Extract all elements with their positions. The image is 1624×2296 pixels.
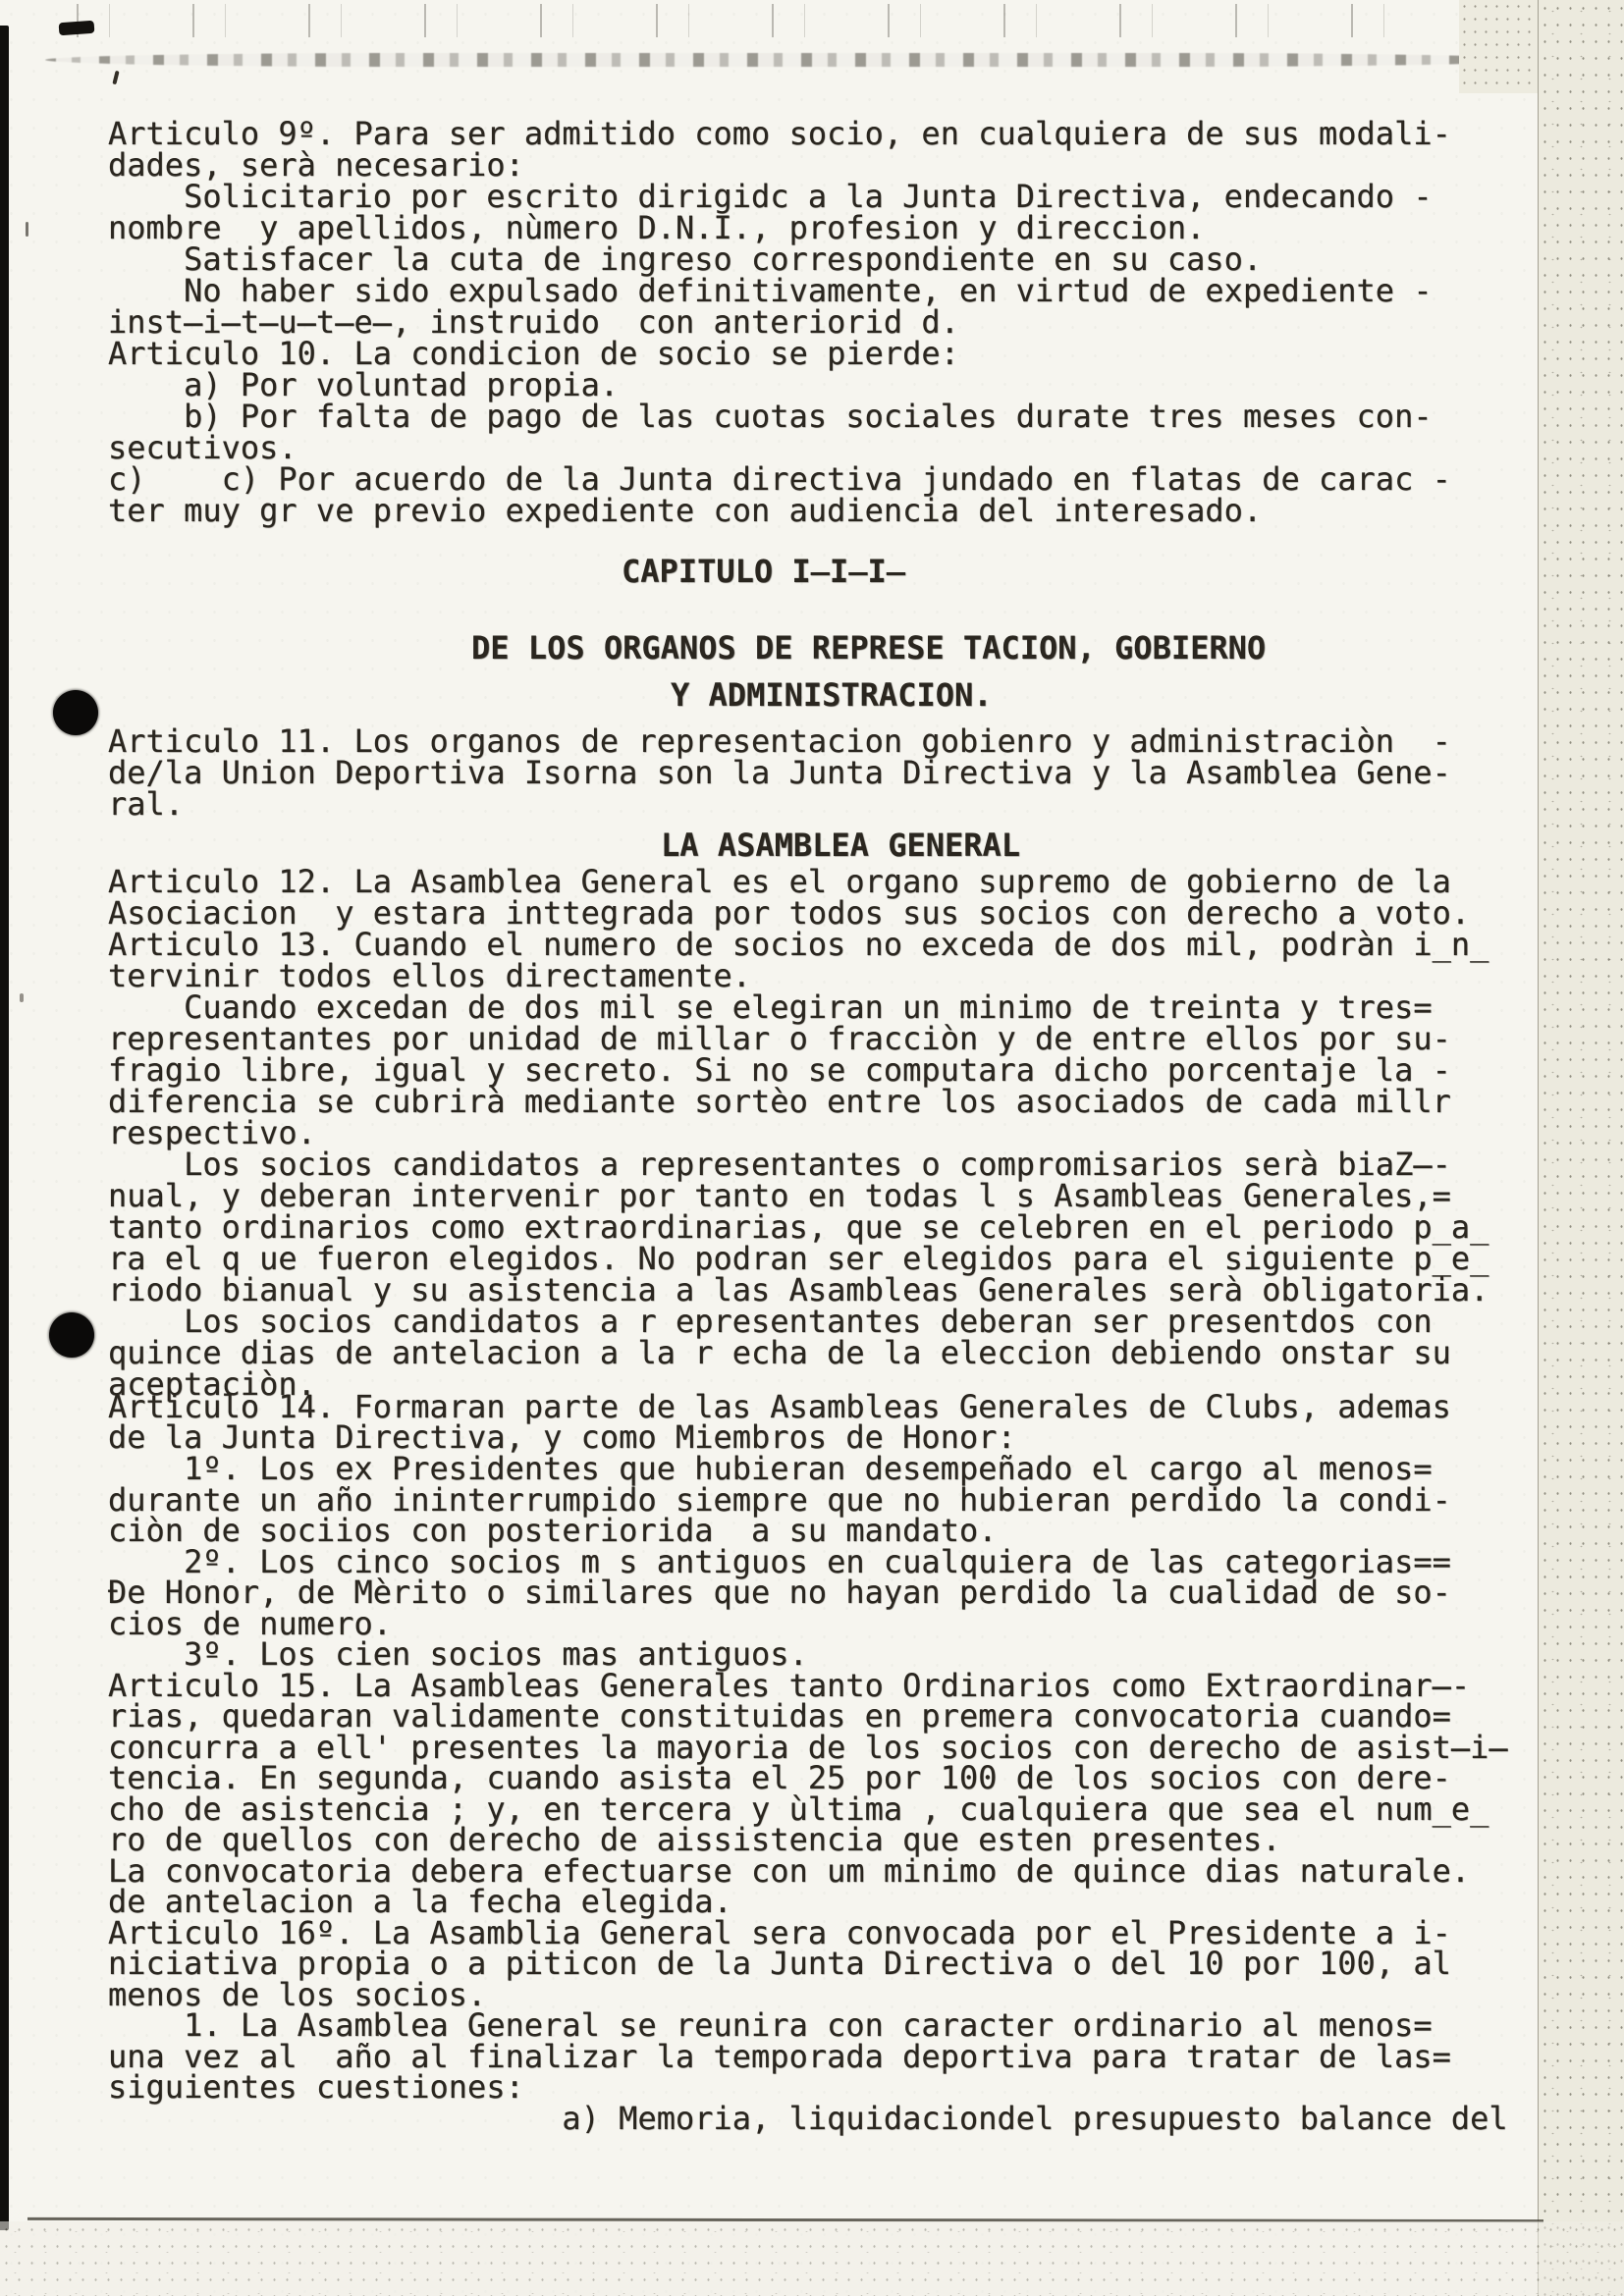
text-line-32: tanto ordinarios como extraordinarias, q… — [108, 1211, 1489, 1243]
text-line-52: ro de quellos con derecho de aissistenci… — [108, 1824, 1280, 1855]
scan-smudge-top-left — [59, 21, 95, 35]
text-line-25: Cuando excedan de dos mil se elegiran un… — [108, 991, 1433, 1023]
text-line-40: 1º. Los ex Presidentes que hubieran dese… — [108, 1453, 1433, 1484]
text-line-56: niciativa propia o a piticon de la Junta… — [108, 1948, 1451, 1979]
text-line-31: nual, y deberan intervenir por tanto en … — [108, 1180, 1451, 1211]
scan-noise-bottom — [0, 2221, 1624, 2296]
text-line-21: Articulo 12. La Asamblea General es el o… — [108, 866, 1451, 897]
text-line-4: nombre y apellidos, nùmero D.N.I., profe… — [108, 212, 1205, 243]
text-line-39: de la Junta Directiva, y como Miembros d… — [108, 1421, 1016, 1453]
text-line-23: Articulo 13. Cuando el numero de socios … — [108, 929, 1489, 960]
text-line-30: Los socios candidatos a representantes o… — [108, 1148, 1451, 1180]
text-line-8: Articulo 10. La condicion de socio se pi… — [108, 338, 959, 369]
text-line-27: fragio libre, igual y secreto. Si no se … — [108, 1054, 1451, 1086]
text-line-3: Solicitario por escrito dirigidc a la Ju… — [108, 181, 1433, 212]
chapter-heading: CAPITULO I̶I̶I̶ — [622, 556, 905, 587]
text-line-44: Ðe Honor, de Mèrito o similares que no h… — [108, 1576, 1451, 1608]
scan-edge-right-band — [1538, 0, 1624, 2296]
text-line-13: ter muy gr ve previo expediente con audi… — [108, 495, 1262, 526]
text-line-48: rias, quedaran validamente constituidas … — [108, 1700, 1451, 1732]
scanned-page: Articulo 9º. Para ser admitido como soci… — [0, 0, 1624, 2296]
text-line-1: Articulo 9º. Para ser admitido como soci… — [108, 118, 1451, 149]
section-heading-line-1: DE LOS ORGANOS DE REPRESE TACION, GOBIER… — [471, 632, 1266, 664]
text-line-29: respectivo. — [108, 1117, 316, 1148]
text-line-18: de/la Union Deportiva Isorna son la Junt… — [108, 757, 1451, 788]
text-line-7: inst̶i̶t̶u̶t̶e̶, instruido con anteriori… — [108, 306, 959, 338]
subsection-heading: LA ASAMBLEA GENERAL — [661, 829, 1020, 861]
text-line-10: b) Por falta de pago de las cuotas socia… — [108, 400, 1433, 432]
text-line-22: Asociacion y estara inttegrada por todos… — [108, 897, 1470, 929]
text-line-42: ciòn de sociios con posteriorida a su ma… — [108, 1515, 997, 1546]
text-line-26: representantes por unidad de millar o fr… — [108, 1023, 1451, 1054]
text-line-2: dades, serà necesario: — [108, 149, 524, 181]
text-line-12: c) c) Por acuerdo de la Junta directiva … — [108, 463, 1451, 495]
text-line-19: ral. — [108, 788, 184, 820]
stray-mark-1 — [112, 71, 119, 85]
hole-punch-bottom — [49, 1312, 94, 1358]
text-line-46: 3º. Los cien socios mas antiguos. — [108, 1638, 808, 1670]
scan-edge-top-noise — [39, 4, 1571, 37]
stray-mark-2 — [26, 222, 28, 237]
text-line-6: No haber sido expulsado definitivamente,… — [108, 275, 1433, 306]
text-line-35: Los socios candidatos a r epresentantes … — [108, 1306, 1433, 1337]
text-line-17: Articulo 11. Los organos de representaci… — [108, 725, 1451, 757]
scan-edge-left — [0, 26, 9, 2230]
section-heading-line-2: Y ADMINISTRACION. — [671, 679, 993, 711]
text-line-60: siguientes cuestiones: — [108, 2071, 524, 2103]
text-line-50: tencia. En segunda, cuando asista el 25 … — [108, 1762, 1451, 1793]
text-line-28: diferencia se cubrirà mediante sortèo en… — [108, 1086, 1451, 1117]
scan-edge-top-smear — [45, 53, 1534, 67]
text-line-5: Satisfacer la cuta de ingreso correspond… — [108, 243, 1262, 275]
text-line-36: quince dias de antelacion a la r echa de… — [108, 1337, 1451, 1368]
stray-mark-3 — [20, 993, 24, 1002]
text-line-11: secutivos. — [108, 432, 298, 463]
text-line-24: tervinir todos ellos directamente. — [108, 960, 751, 991]
text-line-61: a) Memoria, liquidaciondel presupuesto b… — [108, 2103, 1508, 2134]
hole-punch-top — [53, 690, 98, 735]
text-line-33: ra el q ue fueron elegidos. No podran se… — [108, 1243, 1489, 1274]
text-line-58: 1. La Asamblea General se reunira con ca… — [108, 2009, 1433, 2041]
text-line-54: de antelacion a la fecha elegida. — [108, 1886, 732, 1917]
text-line-9: a) Por voluntad propia. — [108, 369, 619, 400]
text-line-34: riodo bianual y su asistencia a las Asam… — [108, 1274, 1489, 1306]
